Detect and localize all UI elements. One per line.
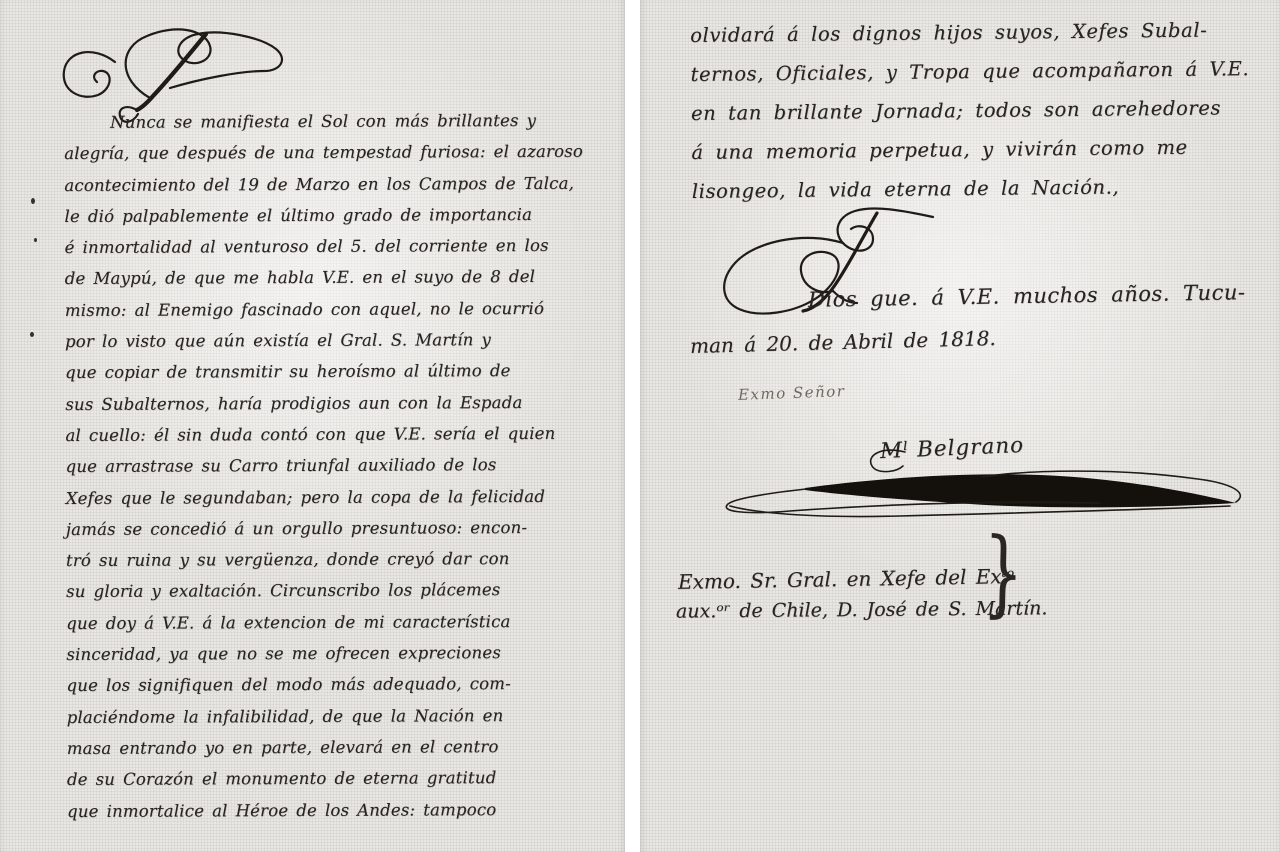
handwritten-line: ternos, Oficiales, y Tropa que acompañar… [690, 49, 1270, 94]
handwritten-line: masa entrando yo en parte, elevará en el… [67, 731, 579, 765]
handwritten-line: placiéndome la infalibilidad, de que la … [67, 699, 579, 733]
handwritten-line: al cuello: él sin duda contó con que V.E… [65, 418, 577, 452]
salutation-exmo-senor: Exmo Señor [738, 382, 846, 404]
handwritten-line: acontecimiento del 19 de Marzo en los Ca… [64, 167, 576, 201]
handwritten-line: sus Subalternos, haría prodigios aun con… [65, 386, 577, 420]
ink-speck [30, 332, 34, 337]
handwritten-line: en tan brillante Jornada; todos son acre… [691, 88, 1271, 133]
handwritten-line: olvidará á los dignos hijos suyos, Xefes… [690, 10, 1270, 55]
handwritten-line: Nunca se manifiesta el Sol con más brill… [64, 105, 576, 139]
handwritten-line: tró su ruina y su vergüenza, donde creyó… [66, 543, 578, 577]
handwritten-line: de Maypú, de que me habla V.E. en el suy… [65, 261, 577, 295]
handwritten-line: é inmortalidad al venturoso del 5. del c… [65, 230, 577, 264]
handwritten-line: que arrastrase su Carro triunfal auxilia… [66, 449, 578, 483]
manuscript-page-left: Nunca se manifiesta el Sol con más brill… [0, 0, 625, 852]
handwritten-line: que los signifiquen del modo más adequad… [66, 668, 578, 702]
handwritten-line: lisongeo, la vida eterna de la Nación., [692, 166, 1272, 211]
handwritten-line: Xefes que le segundaban; pero la copa de… [66, 480, 578, 514]
handwritten-line: que doy á V.E. á la extencion de mi cara… [66, 606, 578, 640]
handwritten-line: que copiar de transmitir su heroísmo al … [65, 355, 577, 389]
handwritten-line: por lo visto que aún existía el Gral. S.… [65, 324, 577, 358]
manuscript-page-right: olvidará á los dignos hijos suyos, Xefes… [640, 0, 1280, 852]
handwritten-line: que inmortalice al Héroe de los Andes: t… [67, 793, 579, 827]
ink-speck [34, 238, 37, 242]
valediction-line: Dios gue. á V.E. muchos años. Tucu- [808, 280, 1246, 312]
handwritten-line: su gloria y exaltación. Circunscribo los… [66, 574, 578, 608]
handwritten-line: le dió palpablemente el último grado de … [64, 199, 576, 233]
signature-belgrano: Mˡ Belgrano [880, 433, 1025, 464]
valediction-date-line: man á 20. de Abril de 1818. [690, 326, 996, 358]
letter-body-right: olvidará á los dignos hijos suyos, Xefes… [690, 10, 1272, 211]
handwritten-line: á una memoria perpetua, y vivirán como m… [691, 127, 1271, 172]
ink-speck [31, 198, 35, 204]
handwritten-line: mismo: al Enemigo fascinado con aquel, n… [65, 293, 577, 327]
address-brace: } [982, 526, 1025, 622]
handwritten-line: jamás se concedió á un orgullo presuntuo… [66, 512, 578, 546]
letter-body-left: Nunca se manifiesta el Sol con más brill… [64, 105, 579, 827]
address-line-1: Exmo. Sr. Gral. en Xefe del Exᵗᵒ [678, 564, 1015, 594]
handwritten-line: alegría, que después de una tempestad fu… [64, 136, 576, 170]
handwritten-line: sinceridad, ya que no se me ofrecen expr… [66, 637, 578, 671]
handwritten-line: de su Corazón el monumento de eterna gra… [67, 762, 579, 796]
